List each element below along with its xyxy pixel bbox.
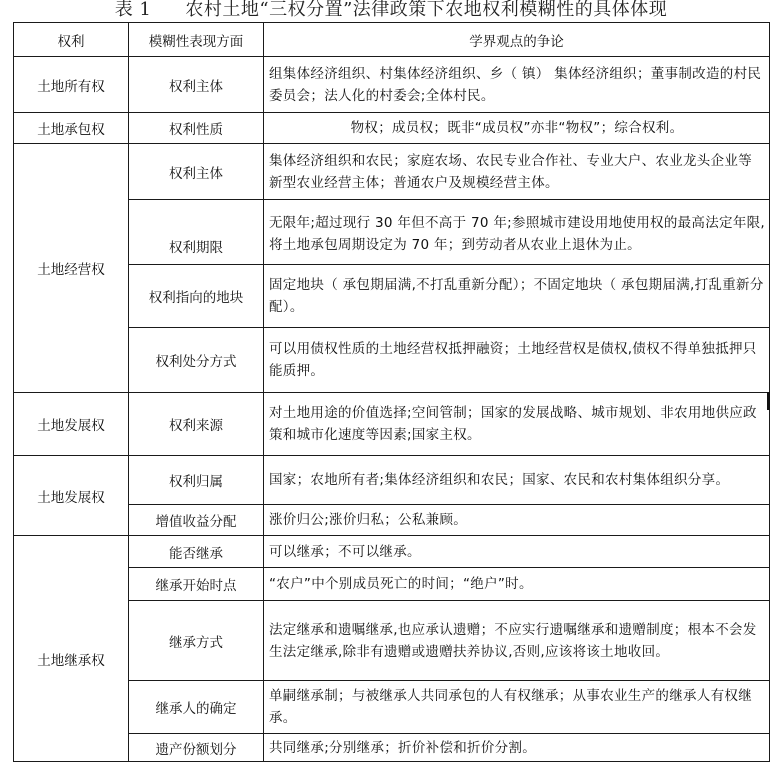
right-cell: 土地经营权 (14, 144, 129, 393)
aspect-cell: 能否继承 (129, 536, 264, 568)
debate-cell: 组集体经济组织、村集体经济组织、乡（ 镇） 集体经济组织；董事制改造的村民委员会… (264, 57, 770, 113)
aspect-cell: 遗产份额划分 (129, 734, 264, 762)
debate-cell: 可以继承；不可以继承。 (264, 536, 770, 568)
table-row: 土地继承权 能否继承 可以继承；不可以继承。 (14, 536, 770, 568)
aspect-cell: 继承人的确定 (129, 681, 264, 734)
aspect-cell: 继承开始时点 (129, 568, 264, 601)
column-header-debate: 学界观点的争论 (264, 23, 770, 57)
debate-cell: “农户”中个别成员死亡的时间；“绝户”时。 (264, 568, 770, 601)
aspect-cell: 权利期限 (129, 200, 264, 265)
table-row: 土地发展权 权利归属 国家；农地所有者;集体经济组织和农民；国家、农民和农村集体… (14, 456, 770, 505)
aspect-cell: 权利处分方式 (129, 328, 264, 393)
debate-cell: 无限年;超过现行 30 年但不高于 70 年;参照城市建设用地使用权的最高法定年… (264, 200, 770, 265)
right-cell: 土地发展权 (14, 456, 129, 536)
table-row: 土地发展权 权利来源 对土地用途的价值选择;空间管制；国家的发展战略、城市规划、… (14, 393, 770, 456)
table-row: 土地所有权 权利主体 组集体经济组织、村集体经济组织、乡（ 镇） 集体经济组织；… (14, 57, 770, 113)
right-cell: 土地发展权 (14, 393, 129, 456)
debate-cell: 共同继承;分别继承；折价补偿和折价分割。 (264, 734, 770, 762)
table-caption: 表 1农村土地“三权分置”法律政策下农地权利模糊性的具体体现 (0, 0, 782, 22)
aspect-cell: 权利来源 (129, 393, 264, 456)
aspect-cell: 继承方式 (129, 601, 264, 681)
table-title: 农村土地“三权分置”法律政策下农地权利模糊性的具体体现 (185, 0, 667, 20)
header-row: 权利 模糊性表现方面 学界观点的争论 (14, 23, 770, 57)
debate-cell: 集体经济组织和农民；家庭农场、农民专业合作社、专业大户、农业龙头企业等新型农业经… (264, 144, 770, 200)
table-row: 土地经营权 权利主体 集体经济组织和农民；家庭农场、农民专业合作社、专业大户、农… (14, 144, 770, 200)
debate-cell: 物权；成员权；既非“成员权”亦非“物权”；综合权利。 (264, 113, 770, 144)
aspect-cell: 权利主体 (129, 144, 264, 200)
rights-ambiguity-table: 权利 模糊性表现方面 学界观点的争论 土地所有权 权利主体 组集体经济组织、村集… (13, 22, 770, 762)
debate-cell: 对土地用途的价值选择;空间管制；国家的发展战略、城市规划、非农用地供应政策和城市… (264, 393, 770, 456)
column-header-right: 权利 (14, 23, 129, 57)
table-number: 表 1 (115, 0, 152, 20)
table-row: 土地承包权 权利性质 物权；成员权；既非“成员权”亦非“物权”；综合权利。 (14, 113, 770, 144)
right-cell: 土地所有权 (14, 57, 129, 113)
right-cell: 土地承包权 (14, 113, 129, 144)
aspect-cell: 权利归属 (129, 456, 264, 505)
debate-cell: 单嗣继承制；与被继承人共同承包的人有权继承；从事农业生产的继承人有权继承。 (264, 681, 770, 734)
debate-cell: 国家；农地所有者;集体经济组织和农民；国家、农民和农村集体组织分享。 (264, 456, 770, 505)
aspect-cell: 权利指向的地块 (129, 265, 264, 328)
debate-cell: 可以用债权性质的土地经营权抵押融资；土地经营权是债权,债权不得单独抵押只能质押。 (264, 328, 770, 393)
column-header-aspect: 模糊性表现方面 (129, 23, 264, 57)
text-cursor-marker (767, 392, 770, 410)
debate-cell: 固定地块（ 承包期届满,不打乱重新分配）；不固定地块（ 承包期届满,打乱重新分配… (264, 265, 770, 328)
aspect-cell: 权利主体 (129, 57, 264, 113)
aspect-cell: 权利性质 (129, 113, 264, 144)
debate-cell: 涨价归公;涨价归私；公私兼顾。 (264, 505, 770, 536)
debate-cell: 法定继承和遗嘱继承,也应承认遗赠；不应实行遗嘱继承和遗赠制度；根本不会发生法定继… (264, 601, 770, 681)
aspect-cell: 增值收益分配 (129, 505, 264, 536)
right-cell: 土地继承权 (14, 536, 129, 762)
